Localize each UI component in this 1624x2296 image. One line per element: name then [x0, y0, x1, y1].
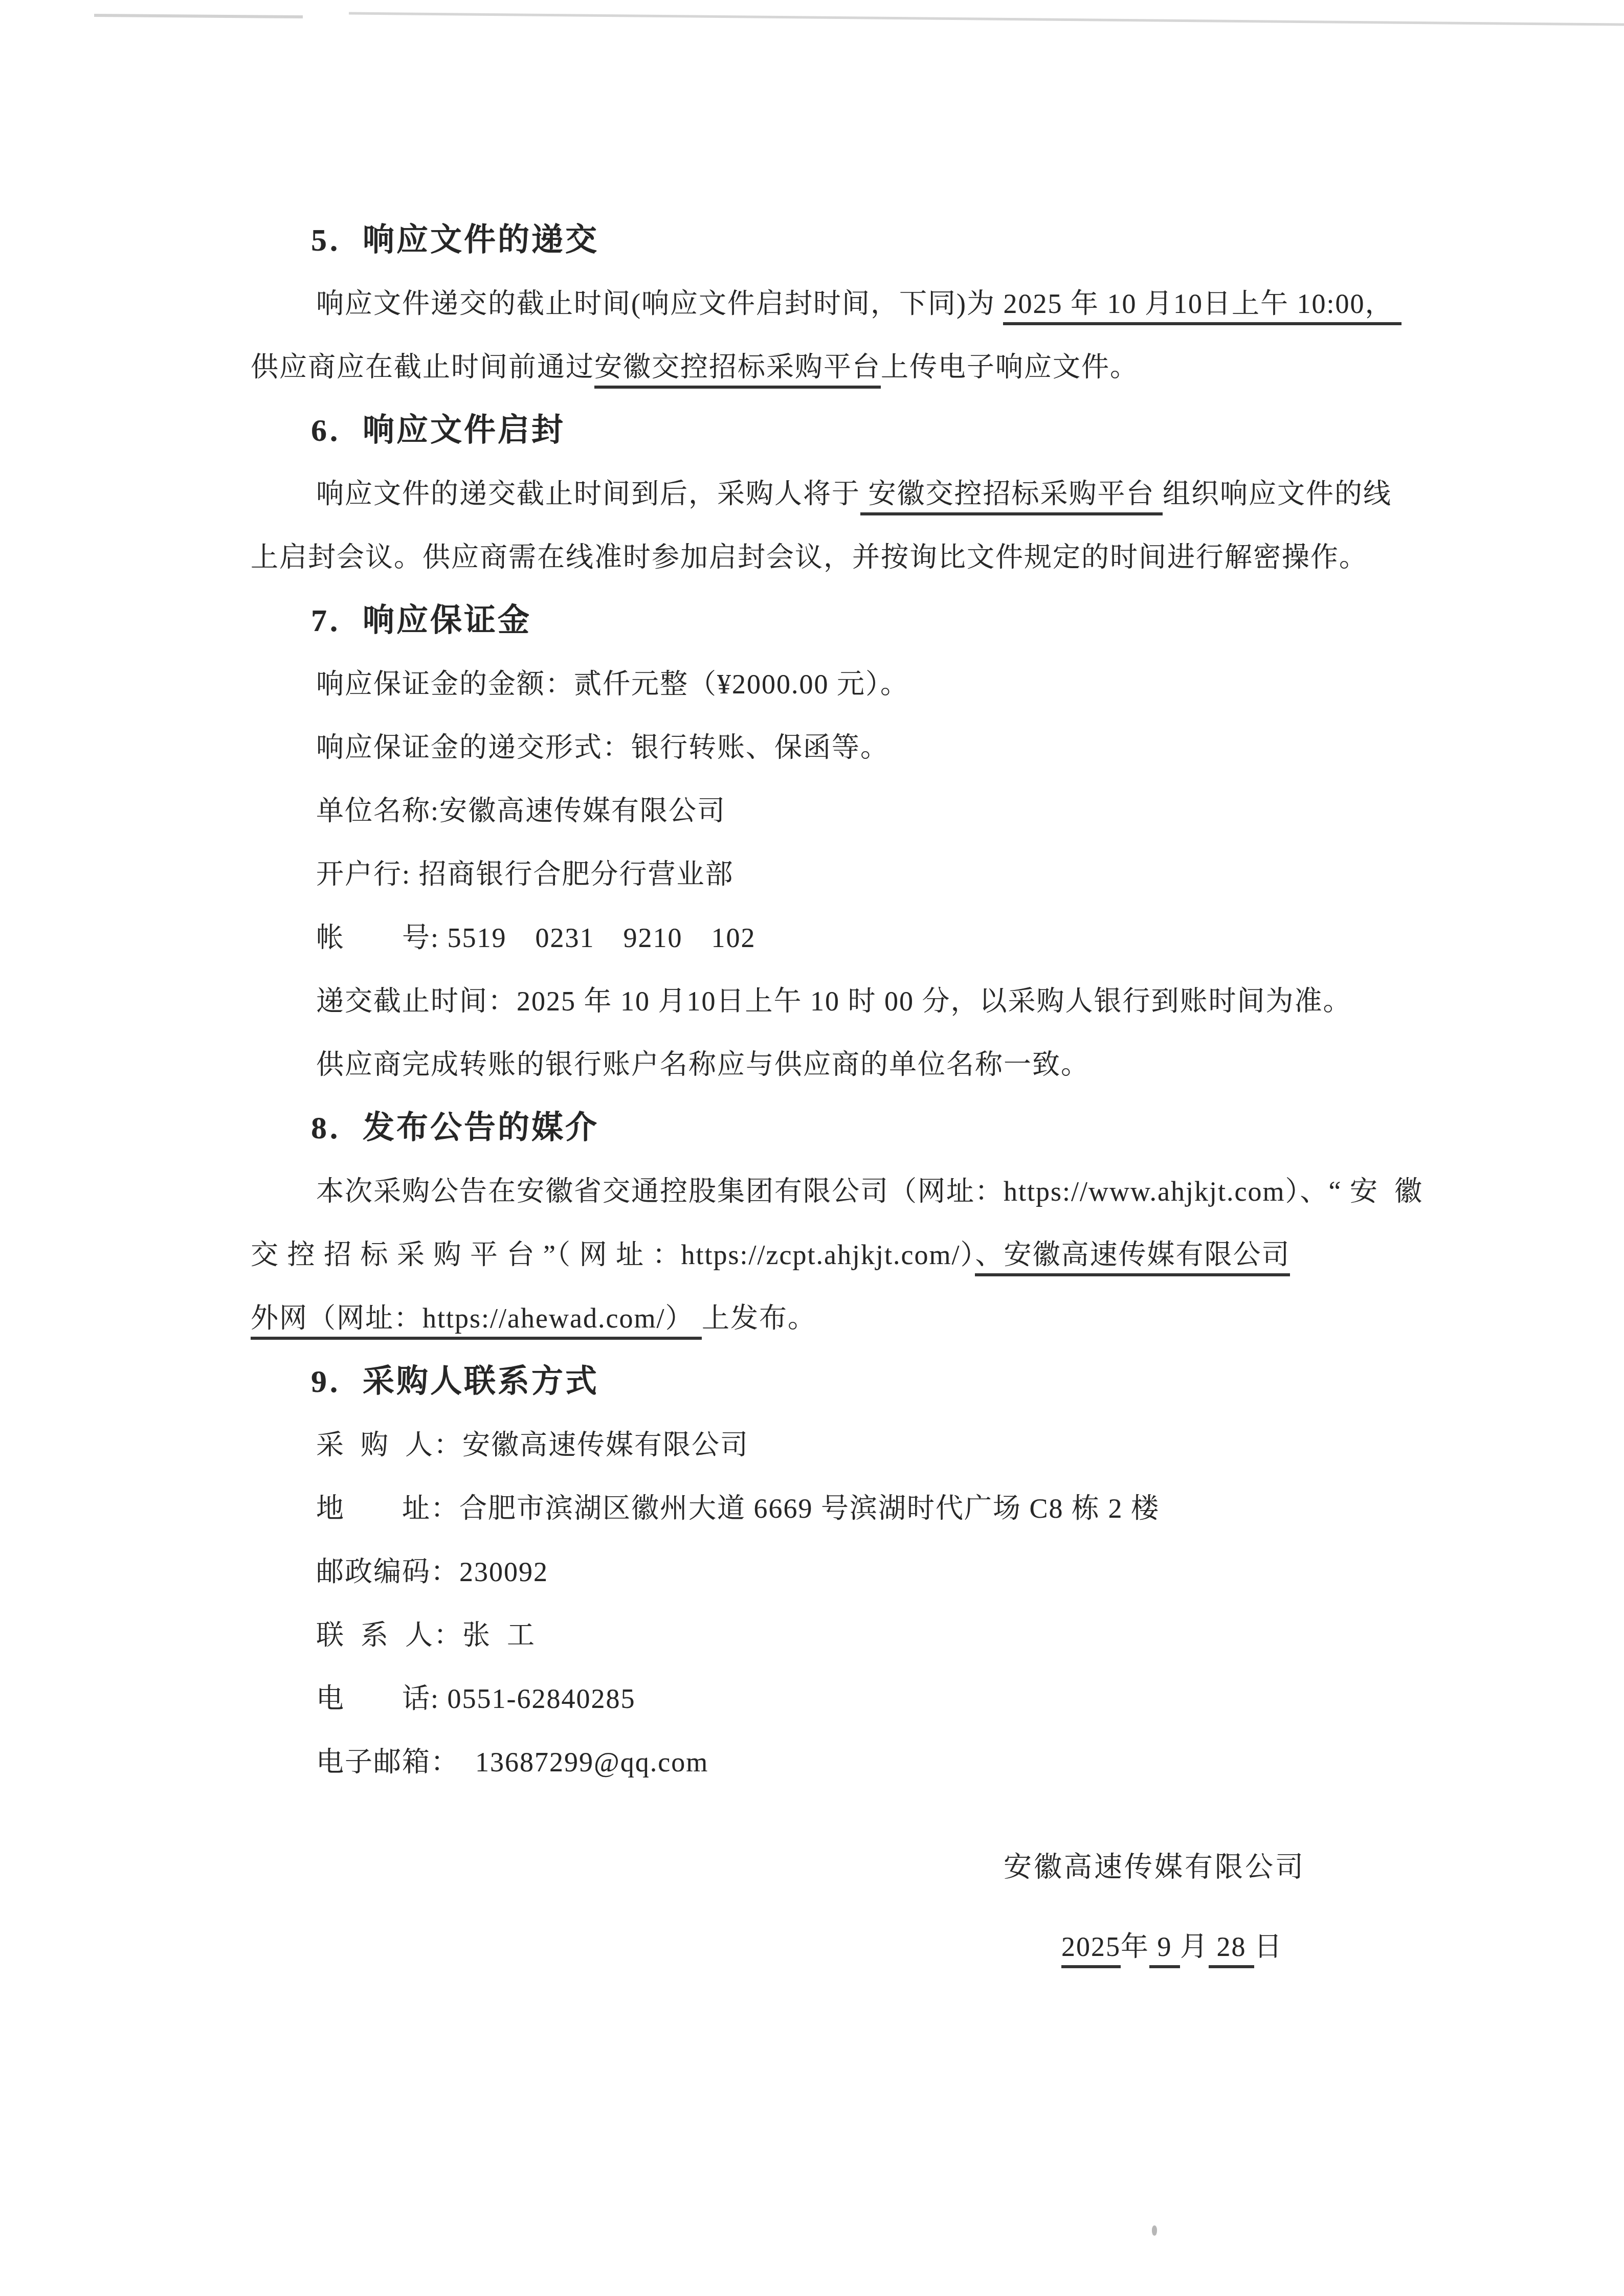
text-line: 电子邮箱： 13687299@qq.com [251, 1730, 1519, 1794]
text-run: 开户行: 招商银行合肥分行营业部 [316, 859, 734, 890]
text-run: 上发布。 [702, 1303, 816, 1334]
section-number: 9． [311, 1364, 363, 1399]
text-line: 帐 号: 5519 0231 9210 102 [251, 906, 1519, 970]
section-number: 7． [311, 603, 363, 638]
section-number: 5． [311, 223, 363, 258]
underlined-text-run: 9 [1149, 1931, 1180, 1968]
section-heading: 5．响应文件的递交 [251, 209, 1519, 272]
text-line: 递交截止时间：2025 年 10 月10日上午 10 时 00 分，以采购人银行… [251, 970, 1519, 1033]
text-line: 本次采购公告在安徽省交通控股集团有限公司（网址：https://www.ahjk… [251, 1160, 1519, 1223]
text-line: 单位名称:安徽高速传媒有限公司 [251, 779, 1519, 843]
underlined-text-run: 安徽交控招标采购平台 [594, 352, 881, 389]
underlined-text-run: 安徽交控招标采购平台 [860, 479, 1163, 515]
section-heading: 9．采购人联系方式 [251, 1350, 1519, 1413]
text-run: 本次采购公告在安徽省交通控股集团有限公司（网址：https://www.ahjk… [316, 1176, 1423, 1207]
underlined-text-run: 外网（网址：https://ahewad.com/） [251, 1303, 702, 1340]
underlined-text-run: 、安徽高速传媒有限公司 [975, 1240, 1290, 1276]
text-run: 供应商应在截止时间前通过 [251, 352, 594, 382]
text-line: 交 控 招 标 采 购 平 台 ”（ 网 址 ：https://zcpt.ahj… [251, 1223, 1519, 1287]
text-run: 上传电子响应文件。 [881, 352, 1139, 382]
text-run: 月 [1180, 1931, 1209, 1962]
section: 7．响应保证金响应保证金的金额：贰仟元整（¥2000.00 元）。响应保证金的递… [251, 589, 1519, 1096]
text-line: 采 购 人：安徽高速传媒有限公司 [251, 1413, 1519, 1477]
text-line: 响应文件递交的截止时间(响应文件启封时间，下同)为 2025 年 10 月10日… [251, 272, 1519, 335]
text-line: 地 址：合肥市滨湖区徽州大道 6669 号滨湖时代广场 C8 栋 2 楼 [251, 1477, 1519, 1540]
text-run: 邮政编码：230092 [316, 1557, 548, 1587]
document-sections: 5．响应文件的递交响应文件递交的截止时间(响应文件启封时间，下同)为 2025 … [251, 209, 1519, 1794]
scan-artifact-line [94, 15, 303, 17]
document-page: 5．响应文件的递交响应文件递交的截止时间(响应文件启封时间，下同)为 2025 … [0, 0, 1624, 2296]
scan-speck [1152, 2225, 1157, 2236]
text-run: 交 控 招 标 采 购 平 台 ”（ 网 址 ：https://zcpt.ahj… [251, 1240, 975, 1270]
text-run: 组织响应文件的线 [1163, 479, 1392, 509]
text-run: 电子邮箱： 13687299@qq.com [316, 1747, 708, 1777]
text-run: 帐 号: 5519 0231 9210 102 [316, 922, 756, 953]
underlined-text-run: 2025 年 10 月10日上午 10:00， [1003, 288, 1401, 325]
section-title: 采购人联系方式 [363, 1364, 599, 1399]
text-line: 供应商完成转账的银行账户名称应与供应商的单位名称一致。 [251, 1033, 1519, 1096]
section-title: 响应文件启封 [363, 413, 565, 448]
underlined-text-run: 2025 [1061, 1931, 1121, 1968]
document-content: 5．响应文件的递交响应文件递交的截止时间(响应文件启封时间，下同)为 2025 … [251, 209, 1519, 1963]
text-run: 响应文件的递交截止时间到后，采购人将于 [316, 479, 860, 509]
text-run: 供应商完成转账的银行账户名称应与供应商的单位名称一致。 [316, 1049, 1089, 1080]
section-number: 6． [311, 413, 363, 448]
text-line: 电 话: 0551-62840285 [251, 1667, 1519, 1730]
text-line: 响应保证金的递交形式：银行转账、保函等。 [251, 716, 1519, 779]
text-run: 采 购 人：安徽高速传媒有限公司 [316, 1430, 749, 1460]
text-run: 上启封会议。供应商需在线准时参加启封会议，并按询比文件规定的时间进行解密操作。 [251, 542, 1368, 573]
text-line: 响应保证金的金额：贰仟元整（¥2000.00 元）。 [251, 652, 1519, 716]
text-run: 响应保证金的递交形式：银行转账、保函等。 [316, 732, 889, 763]
text-line: 邮政编码：230092 [251, 1540, 1519, 1604]
section-number: 8． [311, 1111, 363, 1145]
footer-company: 安徽高速传媒有限公司 [251, 1851, 1519, 1883]
text-line: 联 系 人：张 工 [251, 1604, 1519, 1667]
section-heading: 8．发布公告的媒介 [251, 1096, 1519, 1160]
underlined-text-run: 28 [1209, 1931, 1254, 1968]
text-line: 外网（网址：https://ahewad.com/） 上发布。 [251, 1287, 1519, 1350]
text-line: 开户行: 招商银行合肥分行营业部 [251, 843, 1519, 906]
text-run: 递交截止时间：2025 年 10 月10日上午 10 时 00 分，以采购人银行… [316, 986, 1352, 1017]
text-line: 响应文件的递交截止时间到后，采购人将于 安徽交控招标采购平台 组织响应文件的线 [251, 462, 1519, 526]
section-heading: 6．响应文件启封 [251, 399, 1519, 462]
section: 8．发布公告的媒介本次采购公告在安徽省交通控股集团有限公司（网址：https:/… [251, 1096, 1519, 1350]
text-run: 单位名称:安徽高速传媒有限公司 [316, 796, 726, 826]
text-run: 电 话: 0551-62840285 [316, 1683, 636, 1714]
section: 9．采购人联系方式采 购 人：安徽高速传媒有限公司地 址：合肥市滨湖区徽州大道 … [251, 1350, 1519, 1794]
scan-artifact-line [349, 13, 1624, 25]
section: 5．响应文件的递交响应文件递交的截止时间(响应文件启封时间，下同)为 2025 … [251, 209, 1519, 399]
text-line: 上启封会议。供应商需在线准时参加启封会议，并按询比文件规定的时间进行解密操作。 [251, 526, 1519, 589]
text-run: 日 [1254, 1931, 1283, 1962]
text-run: 响应保证金的金额：贰仟元整（¥2000.00 元）。 [316, 669, 909, 700]
scan-artifact-lines [0, 0, 1624, 66]
section-title: 响应文件的递交 [363, 223, 599, 258]
footer-date: 2025年 9 月 28 日 [251, 1931, 1519, 1963]
text-line: 供应商应在截止时间前通过安徽交控招标采购平台上传电子响应文件。 [251, 335, 1519, 399]
text-run: 年 [1121, 1931, 1149, 1962]
section: 6．响应文件启封响应文件的递交截止时间到后，采购人将于 安徽交控招标采购平台 组… [251, 399, 1519, 589]
section-title: 响应保证金 [363, 603, 531, 638]
text-run: 地 址：合肥市滨湖区徽州大道 6669 号滨湖时代广场 C8 栋 2 楼 [316, 1493, 1160, 1524]
text-run: 响应文件递交的截止时间(响应文件启封时间，下同)为 [316, 288, 1003, 319]
section-heading: 7．响应保证金 [251, 589, 1519, 652]
section-title: 发布公告的媒介 [363, 1111, 599, 1145]
text-run: 联 系 人：张 工 [316, 1620, 536, 1651]
